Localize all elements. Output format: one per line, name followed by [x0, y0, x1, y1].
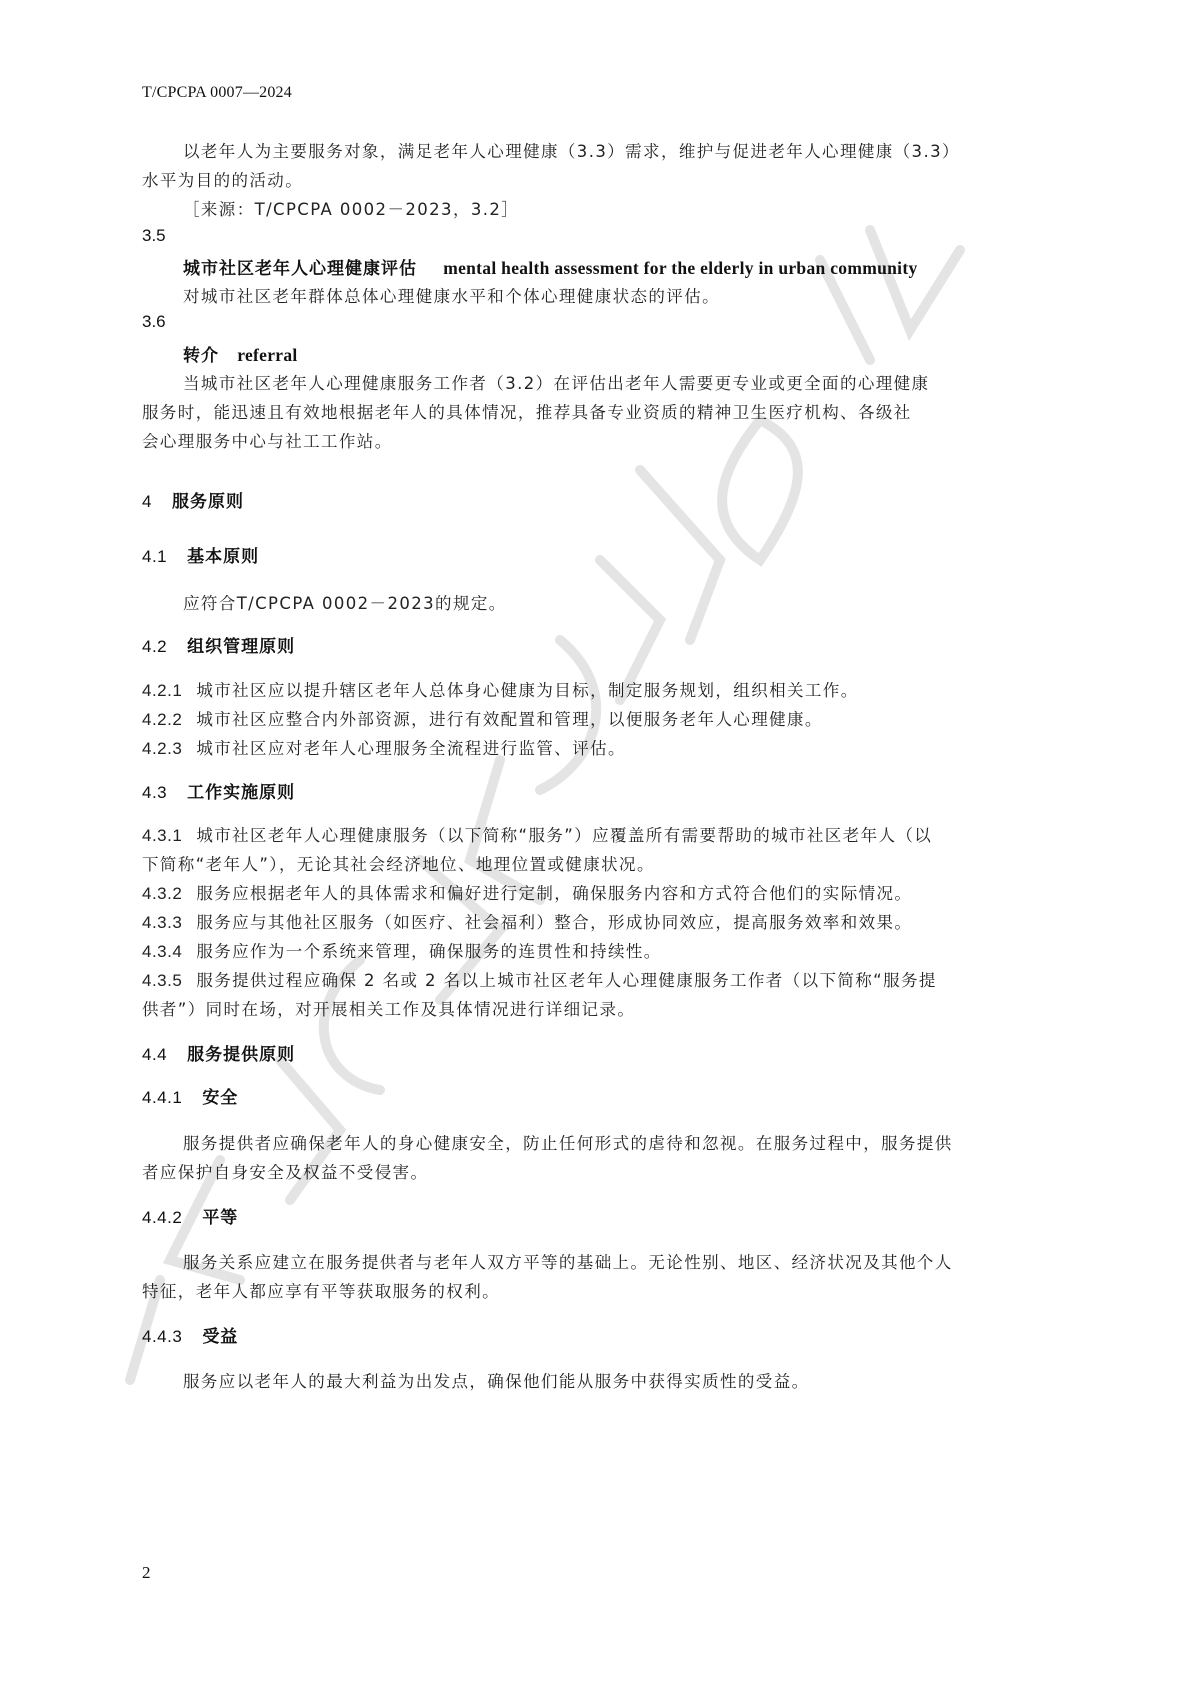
- term-definition: 对城市社区老年群体总体心理健康水平和个体心理健康状态的评估。: [183, 283, 720, 307]
- intro-source: ［来源：T/CPCPA 0002－2023，3.2］: [183, 196, 519, 220]
- page-number: 2: [142, 1563, 151, 1583]
- clause-item: 4.3.1城市社区老年人心理健康服务（以下简称“服务”）应覆盖所有需要帮助的城市…: [142, 822, 932, 846]
- intro-line-2: 水平为目的的活动。: [142, 167, 303, 191]
- subsection-heading: 4.4服务提供原则: [142, 1040, 295, 1065]
- term-number: 3.6: [142, 312, 166, 332]
- clause-item: 4.3.2服务应根据老年人的具体需求和偏好进行定制，确保服务内容和方式符合他们的…: [142, 880, 912, 904]
- intro-line-1: 以老年人为主要服务对象，满足老年人心理健康（3.3）需求，维护与促进老年人心理健…: [183, 138, 960, 162]
- clause-item-continued: 下简称“老年人”），无论其社会经济地位、地理位置或健康状况。: [142, 851, 655, 875]
- clause-text: 服务提供者应确保老年人的身心健康安全，防止任何形式的虐待和忽视。在服务过程中，服…: [183, 1130, 953, 1154]
- term-number: 3.5: [142, 226, 166, 246]
- term-title-zh: 转介: [183, 346, 219, 366]
- clause-heading: 4.4.1安全: [142, 1083, 238, 1108]
- term-title-en: mental health assessment for the elderly…: [443, 258, 917, 278]
- subsection-heading: 4.1基本原则: [142, 542, 259, 567]
- term-definition: 服务时，能迅速且有效地根据老年人的具体情况，推荐具备专业资质的精神卫生医疗机构、…: [142, 399, 912, 423]
- clause-item-continued: 供者”）同时在场，对开展相关工作及具体情况进行详细记录。: [142, 996, 635, 1020]
- term-definition: 当城市社区老年人心理健康服务工作者（3.2）在评估出老年人需要更专业或更全面的心…: [183, 370, 929, 394]
- term-title-en: referral: [237, 345, 297, 365]
- clause-item: 4.3.4服务应作为一个系统来管理，确保服务的连贯性和持续性。: [142, 938, 662, 962]
- standard-code: T/CPCPA 0007—2024: [142, 84, 292, 102]
- clause-text: 者应保护自身安全及权益不受侵害。: [142, 1159, 428, 1183]
- term-title-zh: 城市社区老年人心理健康评估: [183, 259, 417, 279]
- clause-item: 4.2.1城市社区应以提升辖区老年人总体身心健康为目标，制定服务规划，组织相关工…: [142, 677, 859, 701]
- clause-heading: 4.4.2平等: [142, 1203, 238, 1228]
- document-page: T/CPCPA 0007—2024 以老年人为主要服务对象，满足老年人心理健康（…: [0, 0, 1190, 1683]
- clause-text: 服务关系应建立在服务提供者与老年人双方平等的基础上。无论性别、地区、经济状况及其…: [183, 1249, 953, 1273]
- clause-item: 4.3.3服务应与其他社区服务（如医疗、社会福利）整合，形成协同效应，提高服务效…: [142, 909, 912, 933]
- clause-item: 4.3.5服务提供过程应确保 2 名或 2 名以上城市社区老年人心理健康服务工作…: [142, 967, 937, 991]
- clause-heading: 4.4.3受益: [142, 1322, 238, 1347]
- subsection-heading: 4.3工作实施原则: [142, 778, 295, 803]
- clause-item: 4.2.2城市社区应整合内外部资源，进行有效配置和管理，以便服务老年人心理健康。: [142, 706, 823, 730]
- section-heading: 4服务原则: [142, 487, 244, 512]
- clause-text: 服务应以老年人的最大利益为出发点，确保他们能从服务中获得实质性的受益。: [183, 1368, 810, 1392]
- term-definition: 会心理服务中心与社工工作站。: [142, 428, 393, 452]
- term-title: 转介 referral: [183, 341, 298, 366]
- subsection-heading: 4.2组织管理原则: [142, 632, 295, 657]
- clause-text: 应符合T/CPCPA 0002－2023的规定。: [183, 590, 507, 614]
- clause-text: 特征，老年人都应享有平等获取服务的权利。: [142, 1278, 500, 1302]
- term-title: 城市社区老年人心理健康评估 mental health assessment f…: [183, 254, 918, 279]
- clause-item: 4.2.3城市社区应对老年人心理服务全流程进行监管、评估。: [142, 735, 626, 759]
